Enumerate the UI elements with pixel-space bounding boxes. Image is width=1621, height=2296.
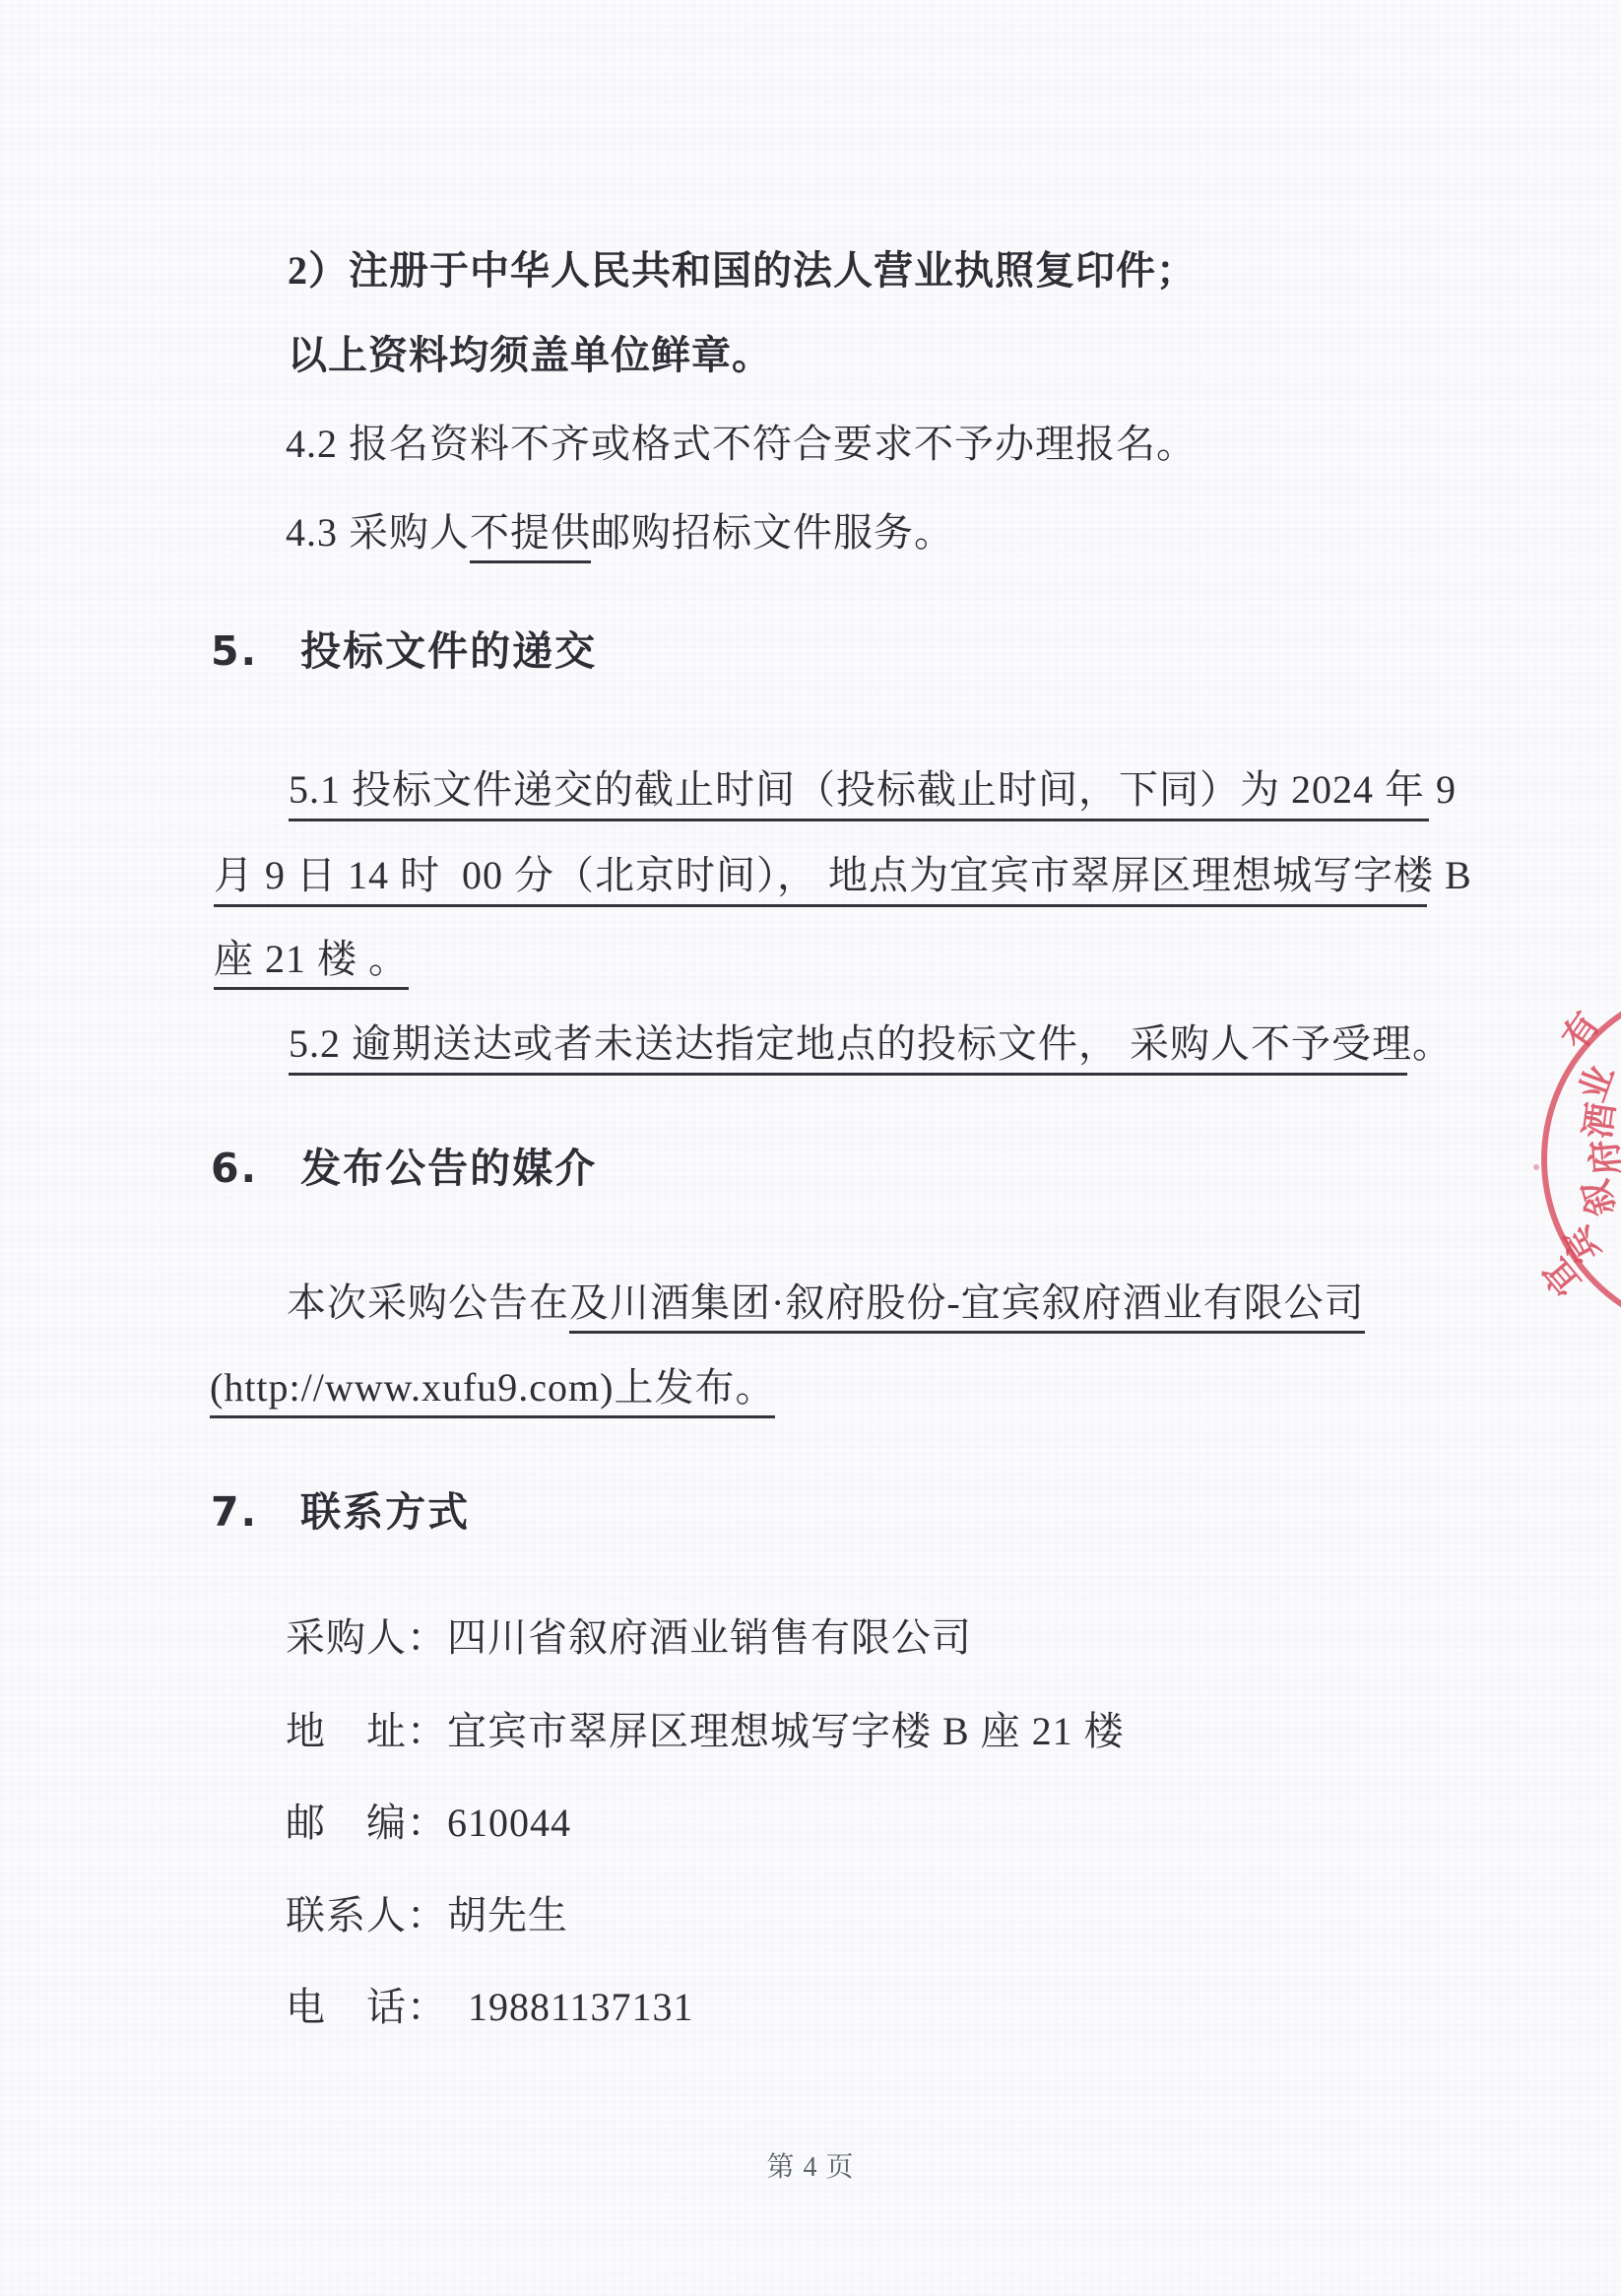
stamp-character: 业 bbox=[1573, 1060, 1621, 1107]
document-page: 2）注册于中华人民共和国的法人营业执照复印件； 以上资料均须盖单位鲜章。 4.2… bbox=[0, 0, 1621, 2296]
clause-5-1-line3: 座 21 楼 。 bbox=[214, 937, 409, 982]
stamp-ink-speck bbox=[1533, 1164, 1539, 1170]
clause-5-1-line1: 5.1 投标文件递交的截止时间（投标截止时间，下同）为 2024 年 9 bbox=[289, 767, 1429, 821]
announcement-prefix: 本次采购公告在 bbox=[287, 1280, 569, 1325]
section-7-heading: 7. 联系方式 bbox=[211, 1489, 470, 1536]
section-6-heading: 6. 发布公告的媒介 bbox=[211, 1146, 597, 1192]
clause-5-2-text: 5.2 逾期送达或者未送达指定地点的投标文件， 采购人不予受理。 bbox=[289, 1021, 1407, 1076]
announcement-media-name: 及川酒集团·叙府股份-宜宾叙府酒业有限公司 bbox=[569, 1280, 1365, 1334]
clause-4-3-prefix: 4.3 采购人 bbox=[286, 510, 470, 555]
contact-phone: 电 话： 19881137131 bbox=[286, 1985, 694, 2030]
announcement-line2: (http://www.xufu9.com)上发布。 bbox=[210, 1365, 775, 1410]
clause-5-2: 5.2 逾期送达或者未送达指定地点的投标文件， 采购人不予受理。 bbox=[289, 1021, 1407, 1076]
announcement-url: (http://www.xufu9.com)上发布。 bbox=[210, 1365, 775, 1418]
stamp-character: 有 bbox=[1555, 1005, 1608, 1057]
clause-4-3-suffix: 邮购招标文件服务。 bbox=[591, 510, 954, 555]
clause-5-1-line2-text: 月 9 日 14 时 00 分（北京时间）， 地点为宜宾市翠屏区理想城写字楼 B bbox=[214, 853, 1427, 907]
page-number: 第 4 页 bbox=[0, 2145, 1621, 2185]
contact-address: 地 址：宜宾市翠屏区理想城写字楼 B 座 21 楼 bbox=[286, 1709, 1125, 1754]
clause-5-1-line2: 月 9 日 14 时 00 分（北京时间）， 地点为宜宾市翠屏区理想城写字楼 B bbox=[214, 853, 1427, 907]
clause-5-1-line1-text: 5.1 投标文件递交的截止时间（投标截止时间，下同）为 2024 年 9 bbox=[289, 767, 1429, 821]
stamp-character: 府 bbox=[1585, 1138, 1621, 1176]
red-seal-stamp: 有 业 酒 府 叙 宾 宜 bbox=[1517, 990, 1621, 1330]
contact-postcode: 邮 编：610044 bbox=[286, 1801, 571, 1846]
clause-2-line1: 2）注册于中华人民共和国的法人营业执照复印件； bbox=[288, 248, 1197, 294]
announcement-line1: 本次采购公告在及川酒集团·叙府股份-宜宾叙府酒业有限公司 bbox=[287, 1280, 1365, 1326]
stamp-character: 叙 bbox=[1576, 1175, 1621, 1219]
section-5-heading: 5. 投标文件的递交 bbox=[211, 628, 597, 675]
clause-4-2: 4.2 报名资料不齐或格式不符合要求不予办理报名。 bbox=[286, 422, 1197, 467]
contact-person: 联系人：胡先生 bbox=[286, 1893, 568, 1938]
clause-4-3: 4.3 采购人不提供邮购招标文件服务。 bbox=[286, 510, 954, 556]
clause-4-3-underlined: 不提供 bbox=[470, 510, 591, 563]
clause-2-line2: 以上资料均须盖单位鲜章。 bbox=[288, 333, 772, 378]
clause-5-1-line3-text: 座 21 楼 。 bbox=[214, 937, 409, 990]
contact-buyer: 采购人：四川省叙府酒业销售有限公司 bbox=[286, 1615, 972, 1661]
stamp-character: 酒 bbox=[1578, 1100, 1621, 1141]
